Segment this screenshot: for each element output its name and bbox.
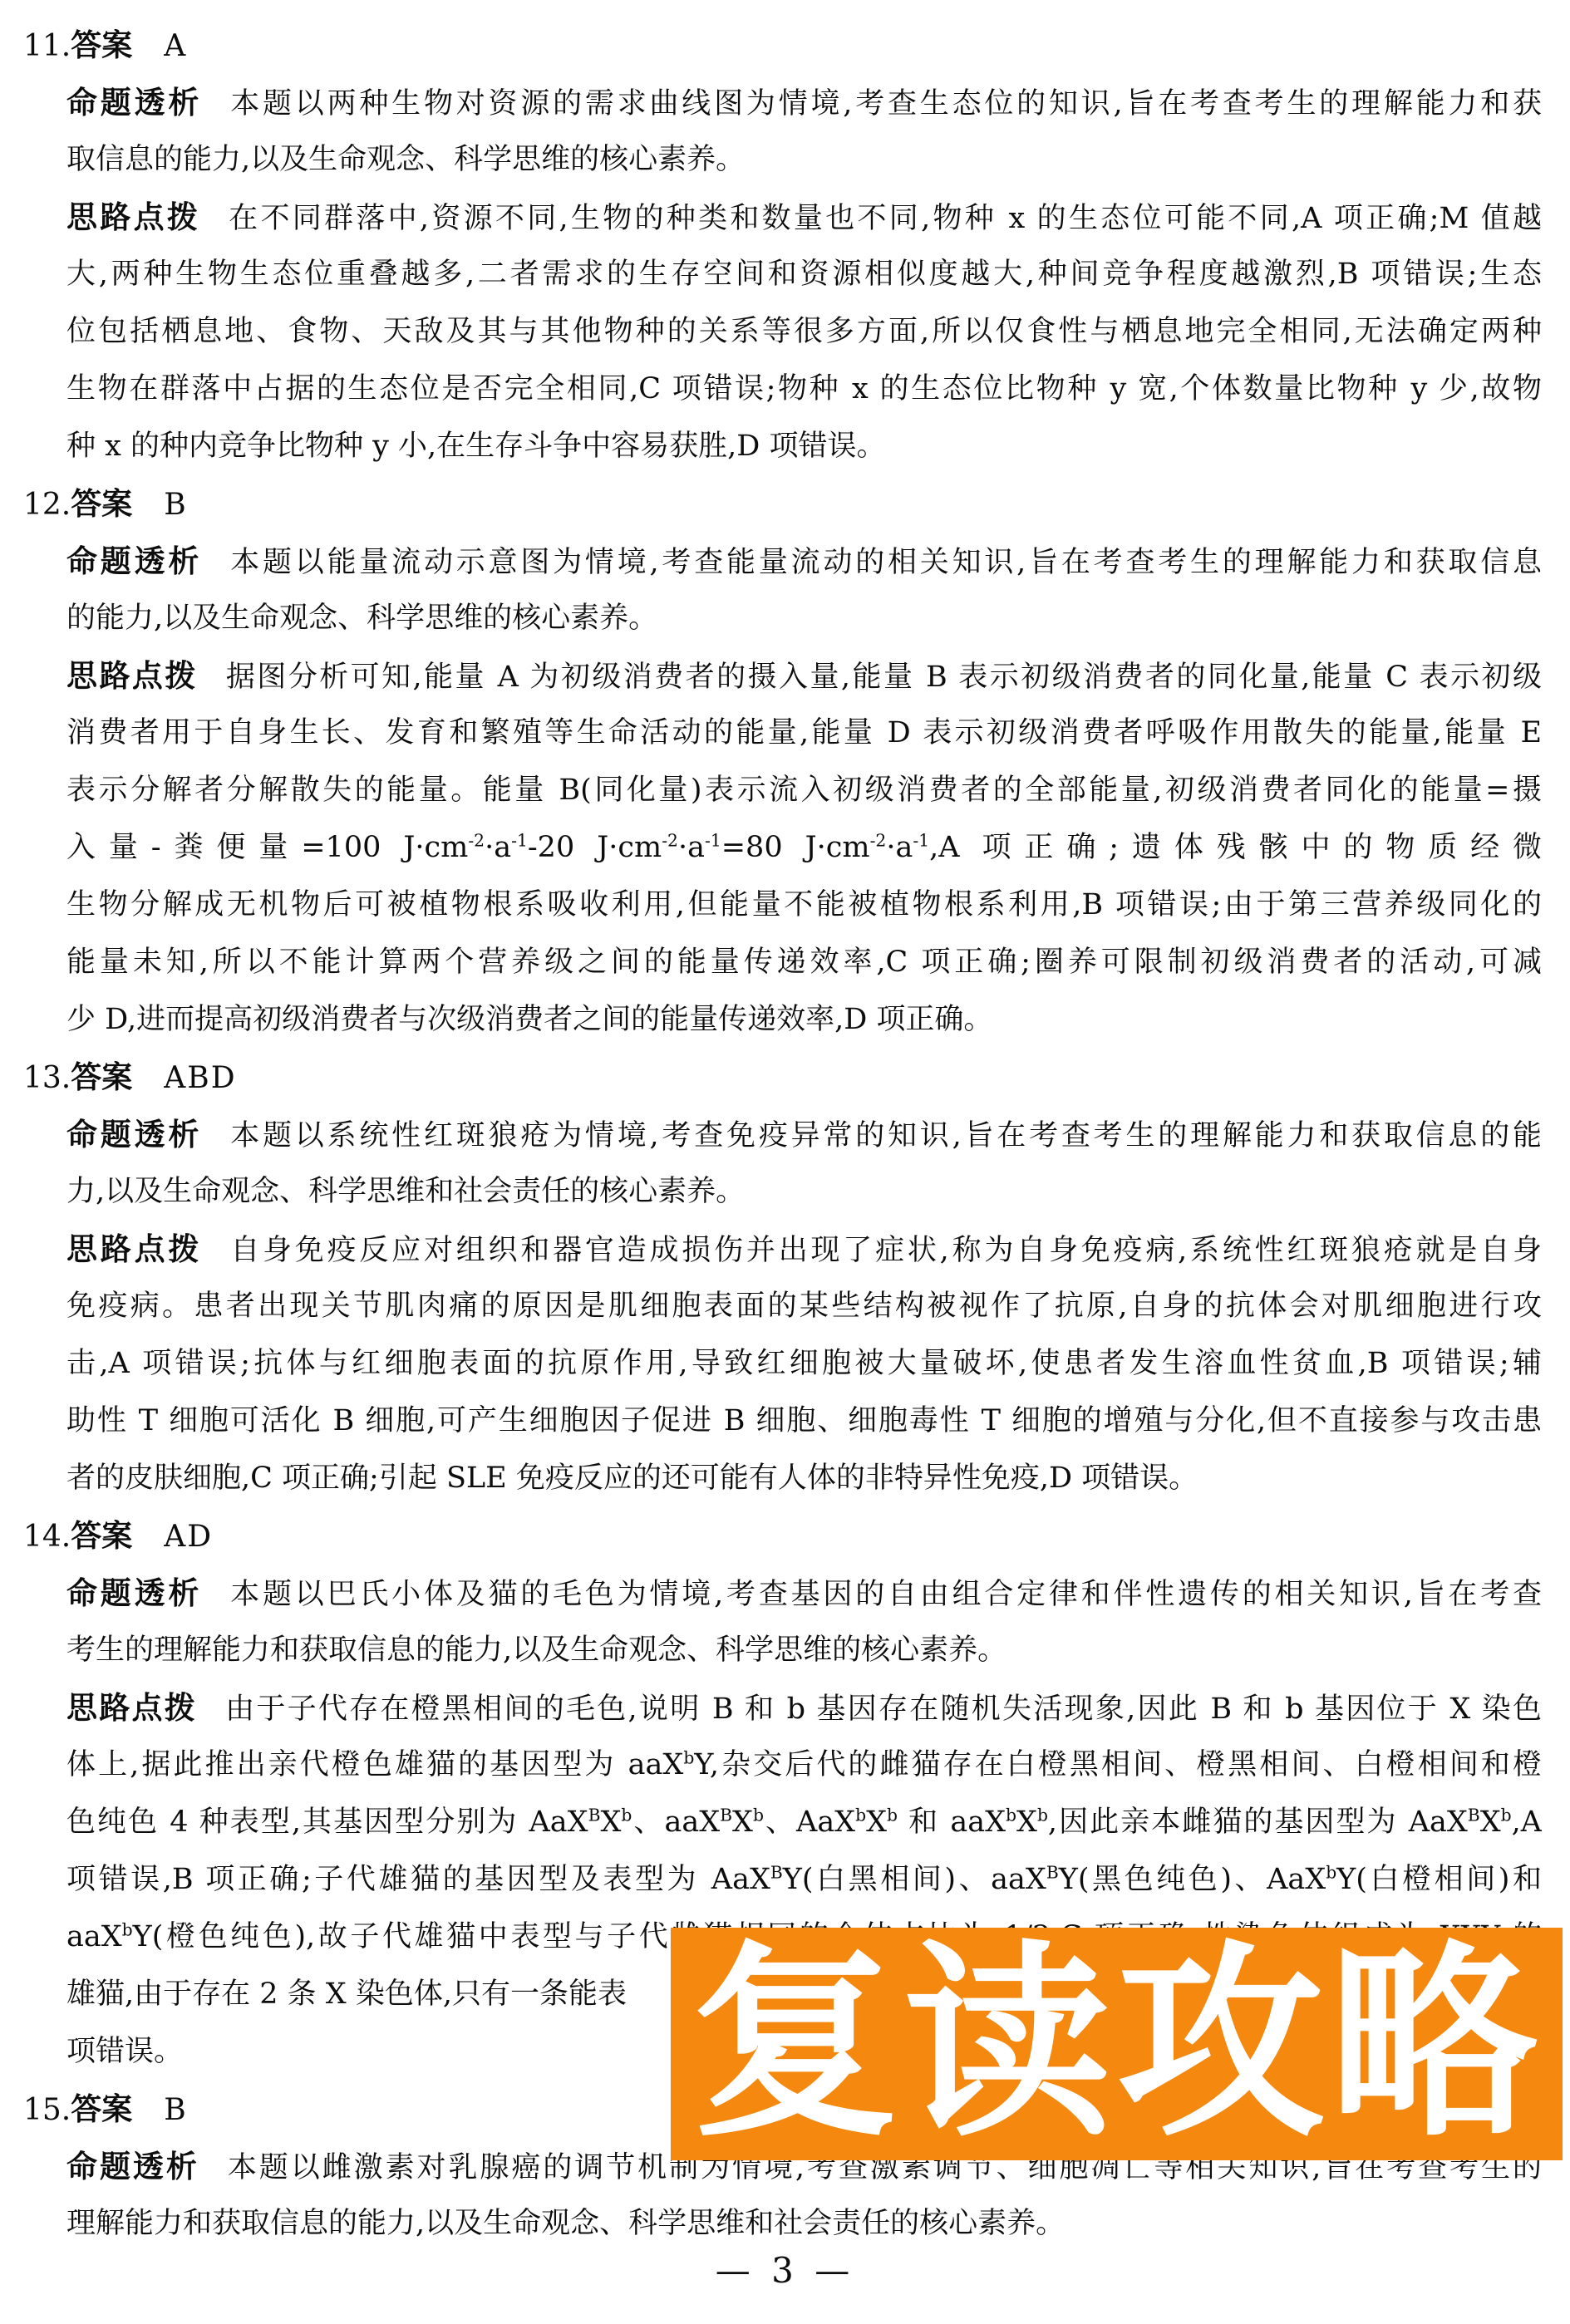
paragraph-line: 理解能力和获取信息的能力,以及生命观念、科学思维和社会责任的核心素养。: [66, 2195, 1542, 2253]
paragraph-line: 免疫病。患者出现关节肌肉痛的原因是肌细胞表面的某些结构被视作了抗原,自身的抗体会…: [66, 1278, 1542, 1335]
answer-label: 答案: [71, 1059, 132, 1095]
paragraph: 思路点拨自身免疫反应对组织和器官造成损伤并出现了症状,称为自身免疫病,系统性红斑…: [0, 1221, 1542, 1507]
question-block: 13.答案ABD命题透析本题以系统性红斑狼疮为情境,考查免疫异常的知识,旨在考查…: [0, 1049, 1542, 1507]
paragraph-line: 体上,据此推出亲代橙色雄猫的基因型为 aaXbY,杂交后代的雌猫存在白橙黑相间、…: [66, 1737, 1542, 1794]
paragraph-label: 思路点拨: [66, 199, 200, 235]
answer-value: AD: [164, 1520, 213, 1554]
paragraph-line: 色纯色 4 种表型,其基因型分别为 AaXBXb、aaXBXb、AaXbXb 和…: [66, 1794, 1542, 1851]
paragraph-line: 思路点拨在不同群落中,资源不同,生物的种类和数量也不同,物种 x 的生态位可能不…: [66, 189, 1542, 246]
question-block: 12.答案B命题透析本题以能量流动示意图为情境,考查能量流动的相关知识,旨在考查…: [0, 475, 1542, 1049]
question-number: 13.: [23, 1049, 71, 1106]
paragraph-line: 命题透析本题以系统性红斑狼疮为情境,考查免疫异常的知识,旨在考查考生的理解能力和…: [66, 1106, 1542, 1163]
answer-label: 答案: [71, 2091, 132, 2127]
paragraph: 思路点拨在不同群落中,资源不同,生物的种类和数量也不同,物种 x 的生态位可能不…: [0, 189, 1542, 475]
paragraph-label: 思路点拨: [66, 1231, 202, 1267]
paragraph-line: 大,两种生物生态位重叠越多,二者需求的生存空间和资源相似度越大,种间竞争程度越激…: [66, 246, 1542, 303]
paragraph-line: 思路点拨据图分析可知,能量 A 为初级消费者的摄入量,能量 B 表示初级消费者的…: [66, 647, 1542, 705]
paragraph-line: 消费者用于自身生长、发育和繁殖等生命活动的能量,能量 D 表示初级消费者呼吸作用…: [66, 705, 1542, 762]
page-number: — 3 —: [0, 2250, 1570, 2291]
answer-value: A: [164, 29, 187, 63]
answer-label: 答案: [71, 486, 132, 522]
paragraph-line: 表示分解者分解散失的能量。能量 B(同化量)表示流入初级消费者的全部能量,初级消…: [66, 762, 1542, 819]
watermark-overlay: 复读攻略: [671, 1928, 1563, 2160]
watermark-text: 复读攻略: [691, 1928, 1543, 2160]
paragraph: 命题透析本题以能量流动示意图为情境,考查能量流动的相关知识,旨在考查考生的理解能…: [0, 533, 1542, 647]
paragraph-line: 生物分解成无机物后可被植物根系吸收利用,但能量不能被植物根系利用,B 项错误;由…: [66, 877, 1542, 934]
answer-line: 14.答案AD: [23, 1507, 1542, 1565]
paragraph-line: 力,以及生命观念、科学思维和社会责任的核心素养。: [66, 1163, 1542, 1221]
paragraph-line: 生物在群落中占据的生态位是否完全相同,C 项错误;物种 x 的生态位比物种 y …: [66, 361, 1542, 418]
answer-value: B: [164, 488, 187, 522]
paragraph-label: 命题透析: [66, 85, 202, 120]
paragraph-line: 能量未知,所以不能计算两个营养级之间的能量传递效率,C 项正确;圈养可限制初级消…: [66, 934, 1542, 991]
paragraph-line: 项错误,B 项正确;子代雄猫的基因型及表型为 AaXBY(白黑相间)、aaXBY…: [66, 1851, 1542, 1909]
question-block: 11.答案A命题透析本题以两种生物对资源的需求曲线图为情境,考查生态位的知识,旨…: [0, 17, 1542, 475]
paragraph-line: 助性 T 细胞可活化 B 细胞,可产生细胞因子促进 B 细胞、细胞毒性 T 细胞…: [66, 1393, 1542, 1450]
paragraph-line: 取信息的能力,以及生命观念、科学思维的核心素养。: [66, 131, 1542, 189]
answer-line: 11.答案A: [23, 17, 1542, 74]
paragraph-line: 思路点拨由于子代存在橙黑相间的毛色,说明 B 和 b 基因存在随机失活现象,因此…: [66, 1679, 1542, 1737]
question-number: 11.: [23, 17, 71, 74]
paragraph-label: 命题透析: [66, 1117, 202, 1152]
paragraph: 思路点拨据图分析可知,能量 A 为初级消费者的摄入量,能量 B 表示初级消费者的…: [0, 647, 1542, 1049]
paragraph-label: 命题透析: [66, 2149, 199, 2184]
paragraph-line: 考生的理解能力和获取信息的能力,以及生命观念、科学思维的核心素养。: [66, 1622, 1542, 1679]
paragraph-line: 思路点拨自身免疫反应对组织和器官造成损伤并出现了症状,称为自身免疫病,系统性红斑…: [66, 1221, 1542, 1278]
paragraph: 命题透析本题以两种生物对资源的需求曲线图为情境,考查生态位的知识,旨在考查考生的…: [0, 74, 1542, 189]
question-number: 12.: [23, 476, 71, 533]
question-number: 14.: [23, 1508, 71, 1565]
paragraph-line: 少 D,进而提高初级消费者与次级消费者之间的能量传递效率,D 项正确。: [66, 991, 1542, 1049]
question-number: 15.: [23, 2081, 71, 2138]
paragraph-line: 入量-粪便量=100 J·cm-2·a-1-20 J·cm-2·a-1=80 J…: [66, 819, 1542, 877]
paragraph-line: 命题透析本题以两种生物对资源的需求曲线图为情境,考查生态位的知识,旨在考查考生的…: [66, 74, 1542, 131]
paragraph: 命题透析本题以系统性红斑狼疮为情境,考查免疫异常的知识,旨在考查考生的理解能力和…: [0, 1106, 1542, 1221]
paragraph-line: 击,A 项错误;抗体与红细胞表面的抗原作用,导致红细胞被大量破坏,使患者发生溶血…: [66, 1335, 1542, 1393]
paragraph-line: 命题透析本题以能量流动示意图为情境,考查能量流动的相关知识,旨在考查考生的理解能…: [66, 533, 1542, 590]
paragraph: 命题透析本题以巴氏小体及猫的毛色为情境,考查基因的自由组合定律和伴性遗传的相关知…: [0, 1565, 1542, 1679]
answer-label: 答案: [71, 1518, 132, 1554]
answer-label: 答案: [71, 27, 132, 63]
paragraph-label: 思路点拨: [66, 658, 198, 694]
paragraph-line: 位包括栖息地、食物、天敌及其与其他物种的关系等很多方面,所以仅食性与栖息地完全相…: [66, 303, 1542, 361]
document-page: 11.答案A命题透析本题以两种生物对资源的需求曲线图为情境,考查生态位的知识,旨…: [0, 0, 1570, 2324]
answer-value: ABD: [164, 1061, 236, 1095]
paragraph-line: 的能力,以及生命观念、科学思维的核心素养。: [66, 590, 1542, 647]
answer-line: 12.答案B: [23, 475, 1542, 533]
paragraph-line: 者的皮肤细胞,C 项正确;引起 SLE 免疫反应的还可能有人体的非特异性免疫,D…: [66, 1450, 1542, 1507]
answer-value: B: [164, 2093, 187, 2127]
paragraph-line: 命题透析本题以巴氏小体及猫的毛色为情境,考查基因的自由组合定律和伴性遗传的相关知…: [66, 1565, 1542, 1622]
paragraph-label: 命题透析: [66, 543, 202, 579]
paragraph-line: 种 x 的种内竞争比物种 y 小,在生存斗争中容易获胜,D 项错误。: [66, 418, 1542, 475]
answer-list: 11.答案A命题透析本题以两种生物对资源的需求曲线图为情境,考查生态位的知识,旨…: [0, 0, 1570, 2253]
paragraph-label: 思路点拨: [66, 1690, 197, 1726]
answer-line: 13.答案ABD: [23, 1049, 1542, 1106]
paragraph-label: 命题透析: [66, 1575, 202, 1611]
